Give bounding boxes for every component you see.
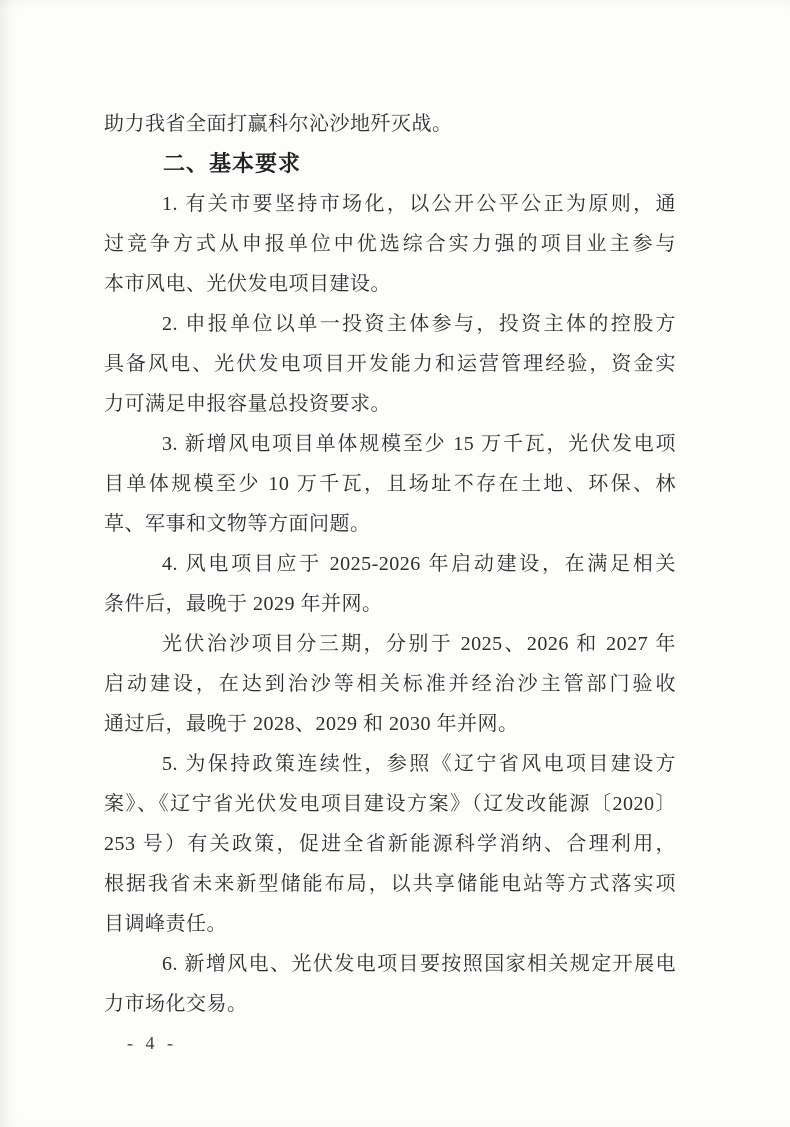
paragraph-line: 5. 为保持政策连续性，参照《辽宁省风电项目建设方 xyxy=(104,744,676,784)
paragraph-line: 2. 申报单位以单一投资主体参与，投资主体的控股方 xyxy=(104,304,676,344)
page-number: - 4 - xyxy=(127,1033,177,1054)
document-page: 助力我省全面打赢科尔沁沙地歼灭战。 二、基本要求 1. 有关市要坚持市场化，以公… xyxy=(0,0,790,1127)
paragraph-line: 光伏治沙项目分三期，分别于 2025、2026 和 2027 年 xyxy=(104,624,676,664)
paragraph-line: 案》、《辽宁省光伏发电项目建设方案》（辽发改能源〔2020〕 xyxy=(104,784,676,824)
paragraph-list: 1. 有关市要坚持市场化，以公开公平公正为原则，通过竞争方式从申报单位中优选综合… xyxy=(104,184,676,1024)
paragraph-line: 253 号）有关政策，促进全省新能源科学消纳、合理利用， xyxy=(104,824,676,864)
paragraph-line: 启动建设，在达到治沙等相关标准并经治沙主管部门验收 xyxy=(104,664,676,704)
paragraph-line: 具备风电、光伏发电项目开发能力和运营管理经验，资金实 xyxy=(104,344,676,384)
paragraph-line: 3. 新增风电项目单体规模至少 15 万千瓦，光伏发电项 xyxy=(104,424,676,464)
paragraph-line: 过竞争方式从申报单位中优选综合实力强的项目业主参与 xyxy=(104,224,676,264)
paragraph-continuation-line: 助力我省全面打赢科尔沁沙地歼灭战。 xyxy=(104,104,676,144)
paragraph-line: 通过后，最晚于 2028、2029 和 2030 年并网。 xyxy=(104,704,676,744)
paragraph-line: 6. 新增风电、光伏发电项目要按照国家相关规定开展电 xyxy=(104,944,676,984)
paragraph-line: 1. 有关市要坚持市场化，以公开公平公正为原则，通 xyxy=(104,184,676,224)
paragraph-line: 4. 风电项目应于 2025-2026 年启动建设，在满足相关 xyxy=(104,544,676,584)
paragraph-line: 根据我省未来新型储能布局，以共享储能电站等方式落实项 xyxy=(104,864,676,904)
paragraph-line: 目单体规模至少 10 万千瓦，且场址不存在土地、环保、林 xyxy=(104,464,676,504)
paragraph-line: 力市场化交易。 xyxy=(104,984,676,1024)
section-heading: 二、基本要求 xyxy=(104,144,676,184)
paragraph-line: 本市风电、光伏发电项目建设。 xyxy=(104,264,676,304)
paragraph-line: 条件后，最晚于 2029 年并网。 xyxy=(104,584,676,624)
paragraph-line: 目调峰责任。 xyxy=(104,904,676,944)
paragraph-line: 力可满足申报容量总投资要求。 xyxy=(104,384,676,424)
document-body: 助力我省全面打赢科尔沁沙地歼灭战。 二、基本要求 1. 有关市要坚持市场化，以公… xyxy=(104,104,676,1024)
paragraph-line: 草、军事和文物等方面问题。 xyxy=(104,504,676,544)
